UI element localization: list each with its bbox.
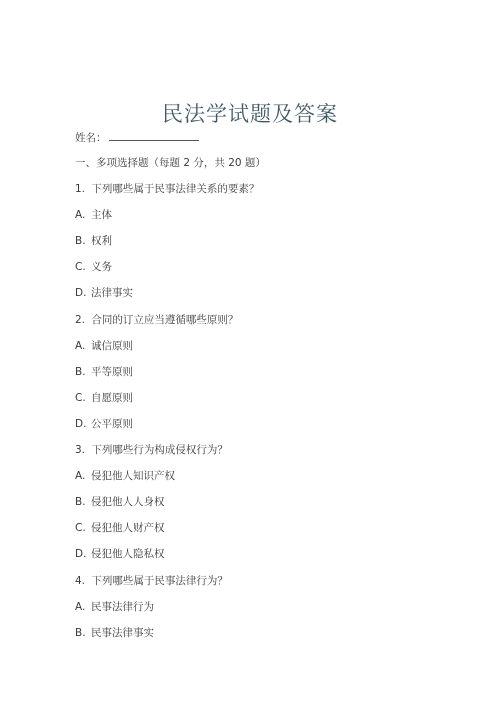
option-letter: C.	[75, 521, 91, 535]
option-letter: C.	[75, 391, 91, 405]
option-text: 侵犯他人人身权	[91, 496, 165, 508]
question-3-option-c: C.侵犯他人财产权	[75, 521, 165, 535]
question-3: 3. 下列哪些行为构成侵权行为？	[75, 443, 228, 457]
question-3-option-b: B.侵犯他人人身权	[75, 495, 165, 509]
option-letter: D.	[75, 547, 91, 561]
name-label: 姓名：	[75, 132, 107, 144]
option-letter: A.	[75, 469, 91, 483]
option-letter: D.	[75, 417, 91, 431]
question-number: 1.	[75, 182, 88, 196]
option-letter: D.	[75, 286, 91, 300]
question-number: 4.	[75, 574, 88, 588]
option-letter: B.	[75, 234, 91, 248]
option-text: 主体	[91, 209, 112, 221]
option-letter: A.	[75, 600, 91, 614]
option-text: 诚信原则	[91, 340, 133, 352]
option-text: 民事法律事实	[91, 627, 154, 639]
option-letter: B.	[75, 495, 91, 509]
question-text: 下列哪些属于民事法律行为？	[91, 575, 228, 587]
option-letter: B.	[75, 626, 91, 640]
question-number: 2.	[75, 313, 88, 327]
question-1-option-a: A.主体	[75, 208, 112, 222]
section-heading: 一、多项选择题（每题 2 分，共 20 题）	[75, 156, 266, 170]
question-2-option-a: A.诚信原则	[75, 339, 133, 353]
question-text: 下列哪些属于民事法律关系的要素？	[91, 183, 259, 195]
option-letter: B.	[75, 365, 91, 379]
question-2-option-c: C.自愿原则	[75, 391, 133, 405]
option-letter: A.	[75, 339, 91, 353]
question-2-option-b: B.平等原则	[75, 365, 133, 379]
question-3-option-a: A.侵犯他人知识产权	[75, 469, 175, 483]
question-4-option-a: A.民事法律行为	[75, 600, 154, 614]
option-text: 侵犯他人财产权	[91, 522, 165, 534]
question-1-option-c: C.义务	[75, 260, 112, 274]
question-3-option-d: D.侵犯他人隐私权	[75, 547, 165, 561]
option-text: 法律事实	[91, 287, 133, 299]
option-text: 公平原则	[91, 418, 133, 430]
option-text: 权利	[91, 235, 112, 247]
option-letter: C.	[75, 260, 91, 274]
question-text: 下列哪些行为构成侵权行为？	[91, 444, 228, 456]
question-1-option-d: D.法律事实	[75, 286, 133, 300]
option-text: 平等原则	[91, 366, 133, 378]
option-text: 侵犯他人隐私权	[91, 548, 165, 560]
page-title: 民法学试题及答案	[0, 98, 500, 128]
option-text: 民事法律行为	[91, 601, 154, 613]
name-field: 姓名：	[75, 130, 199, 145]
question-1-option-b: B.权利	[75, 234, 112, 248]
option-text: 义务	[91, 261, 112, 273]
name-blank-line	[109, 130, 199, 141]
question-text: 合同的订立应当遵循哪些原则？	[91, 314, 238, 326]
option-letter: A.	[75, 208, 91, 222]
question-number: 3.	[75, 443, 88, 457]
question-4-option-b: B.民事法律事实	[75, 626, 154, 640]
option-text: 自愿原则	[91, 392, 133, 404]
option-text: 侵犯他人知识产权	[91, 470, 175, 482]
question-1: 1. 下列哪些属于民事法律关系的要素？	[75, 182, 259, 196]
question-2-option-d: D.公平原则	[75, 417, 133, 431]
question-2: 2. 合同的订立应当遵循哪些原则？	[75, 313, 238, 327]
question-4: 4. 下列哪些属于民事法律行为？	[75, 574, 228, 588]
